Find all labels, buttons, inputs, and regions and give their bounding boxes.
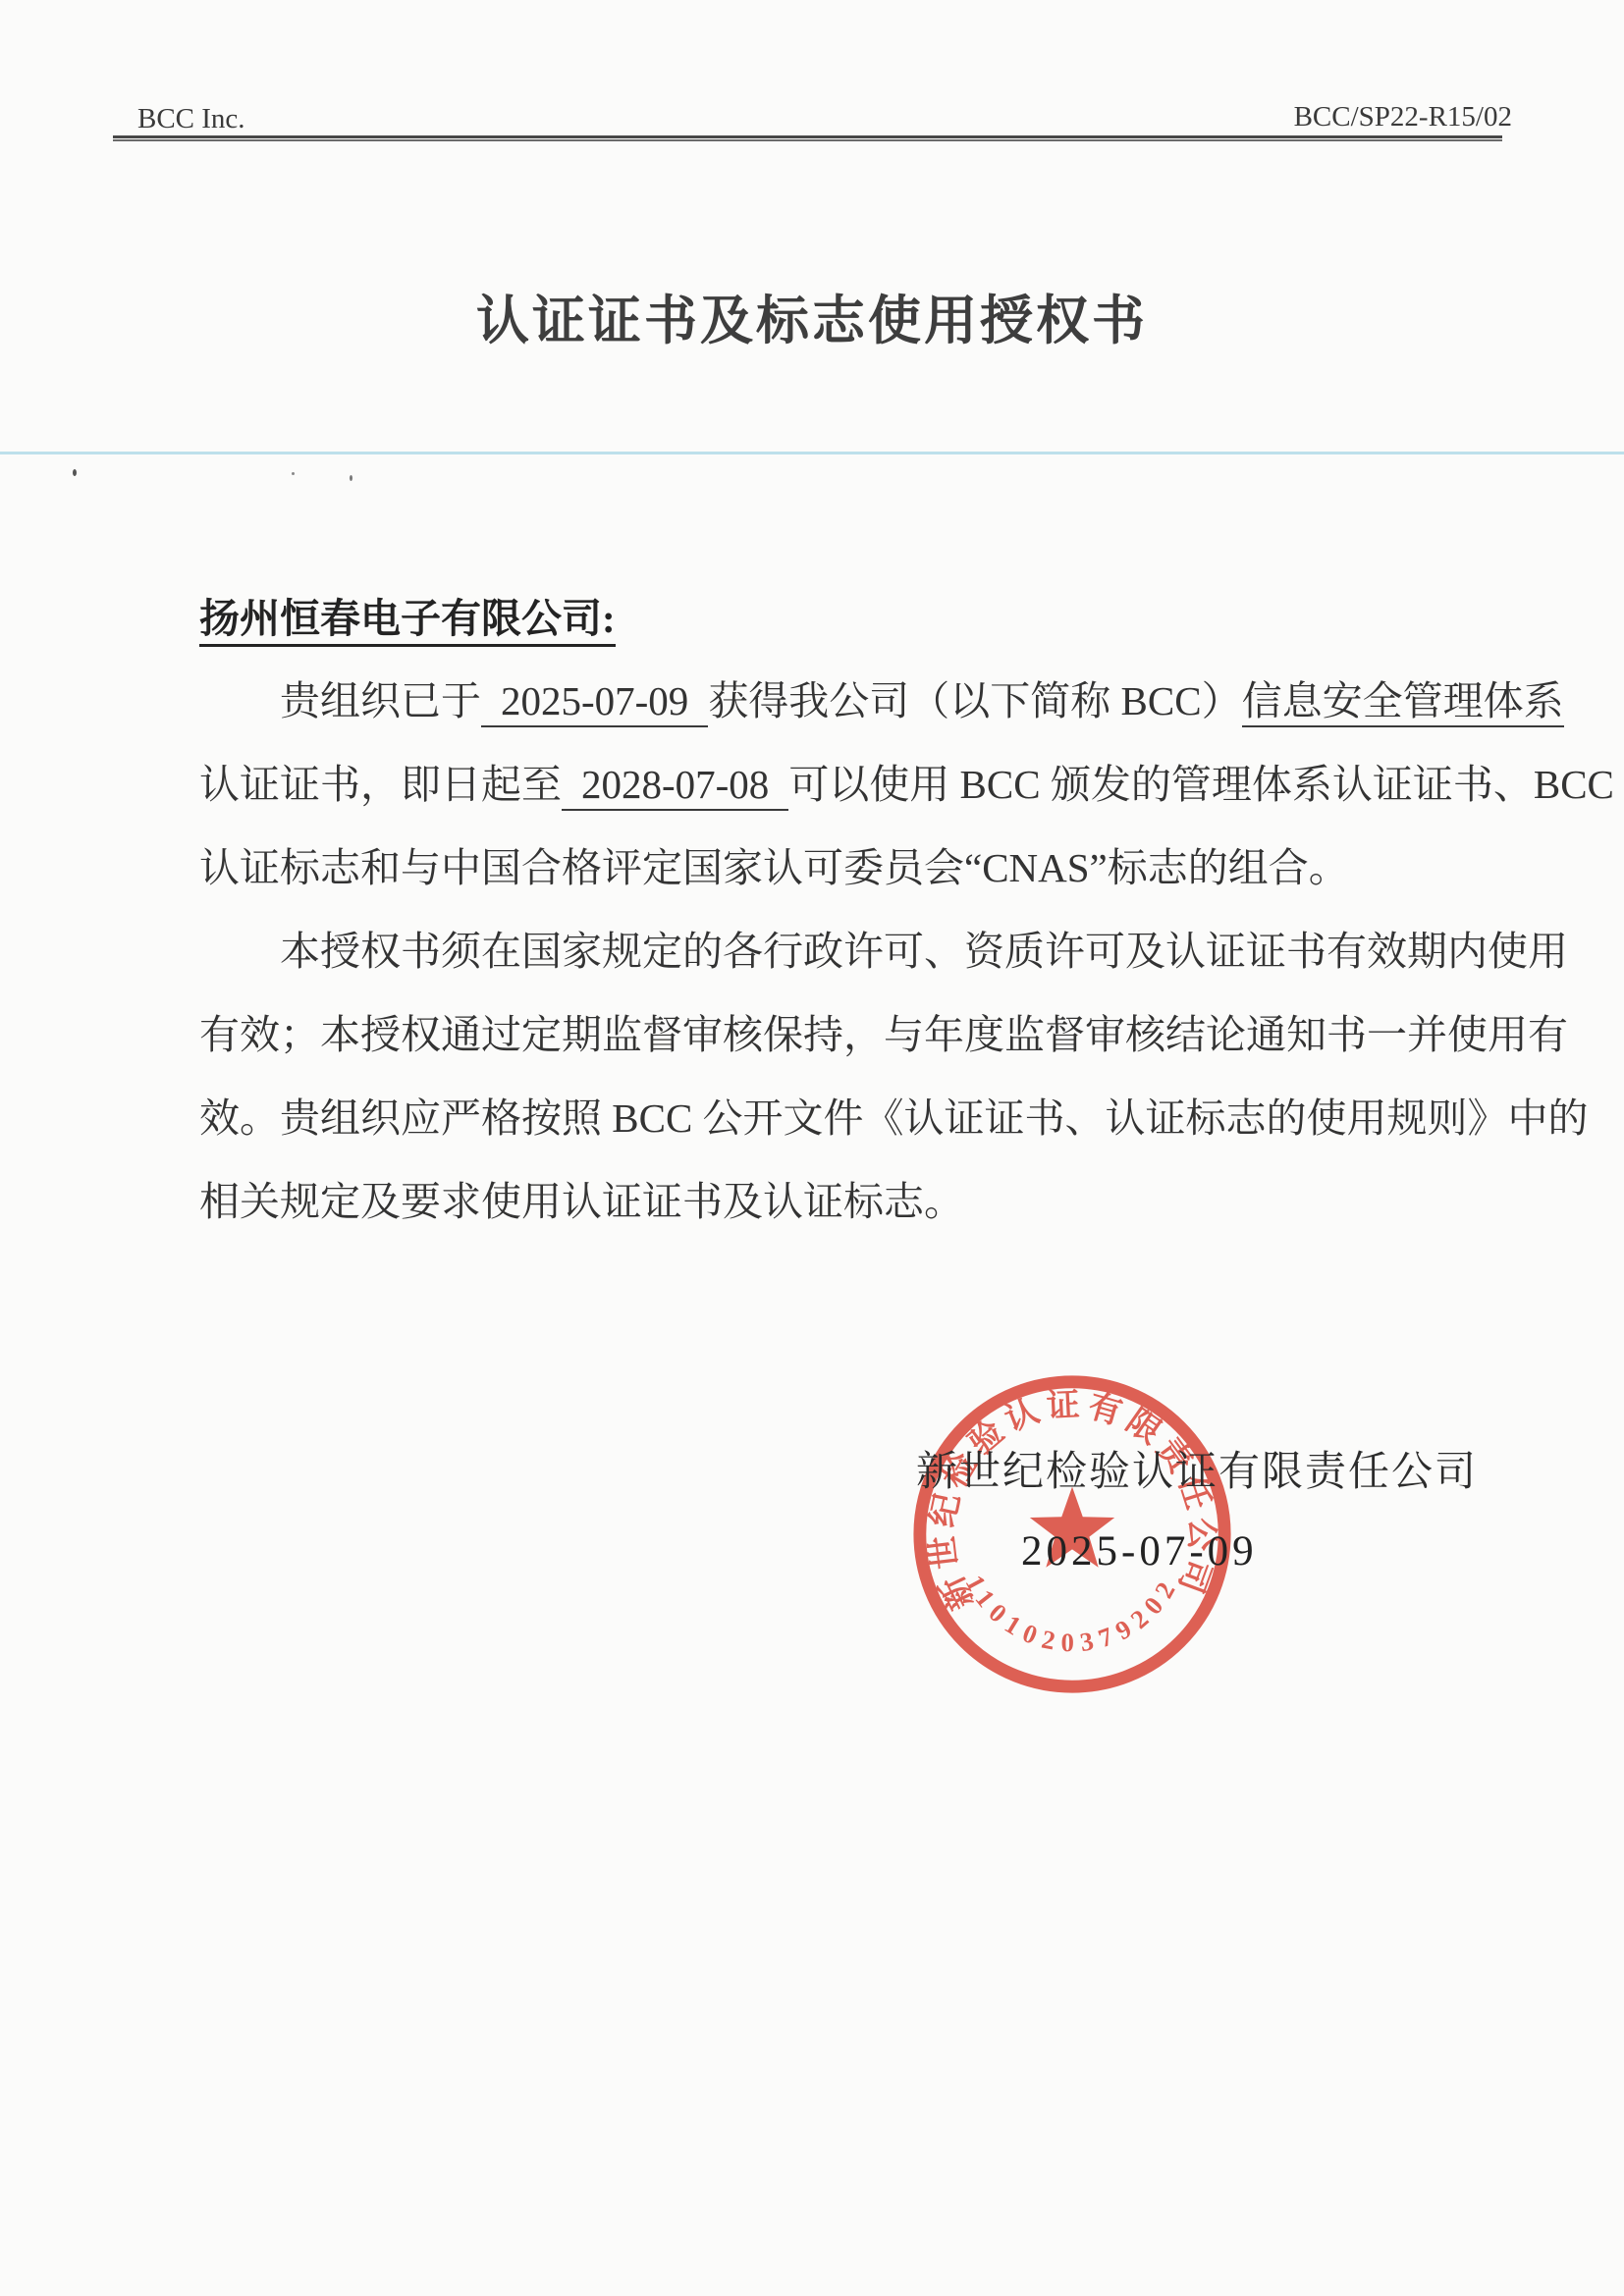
scan-speck — [73, 469, 77, 476]
body-segment: 贵组织已于 — [280, 678, 481, 723]
body-segment: 认证证书，即日起至 — [199, 762, 562, 807]
header-company-text: BCC Inc. — [137, 103, 245, 135]
body-segment: 获得我公司（以下简称 BCC） — [708, 678, 1241, 723]
body-segment: 可以使用 BCC 颁发的管理体系认证证书、BCC — [788, 762, 1614, 807]
recipient-line: 扬州恒春电子有限公司: — [199, 586, 616, 644]
signature-date: 2025-07-09 — [1021, 1527, 1258, 1575]
body-line: 相关规定及要求使用认证证书及认证标志。 — [199, 1160, 1476, 1244]
header-doc-code: BCC/SP22-R15/02 — [1294, 101, 1512, 133]
scan-speck — [292, 472, 295, 475]
scan-speck — [350, 475, 352, 481]
signature-company-name: 新世纪检验认证有限责任公司 — [916, 1439, 1478, 1498]
body-line: 有效；本授权通过定期监督审核保持，与年度监督审核结论通知书一并使用有 — [199, 993, 1476, 1077]
seal-serial-holder: 1101020379202 — [960, 1571, 1185, 1658]
expiry-date-underlined: 2028-07-08 — [562, 762, 788, 811]
issue-date-underlined: 2025-07-09 — [481, 678, 708, 727]
body-line: 本授权书须在国家规定的各行政许可、资质许可及认证证书有效期内使用 — [199, 910, 1476, 993]
scan-artifact-line — [0, 452, 1624, 454]
seal-serial-number: 1101020379202 — [960, 1571, 1185, 1658]
scheme-name-underlined: 信息安全管理体系 — [1242, 678, 1564, 727]
body-text: 贵组织已于2025-07-09获得我公司（以下简称 BCC）信息安全管理体系 认… — [199, 660, 1476, 1244]
body-line: 贵组织已于2025-07-09获得我公司（以下简称 BCC）信息安全管理体系 — [199, 660, 1476, 743]
page-title: 认证证书及标志使用授权书 — [0, 279, 1624, 354]
body-line: 认证证书，即日起至2028-07-08可以使用 BCC 颁发的管理体系认证证书、… — [199, 743, 1476, 827]
document-page: BCC Inc. BCC/SP22-R15/02 认证证书及标志使用授权书 扬州… — [0, 0, 1624, 2296]
header-divider — [113, 135, 1502, 141]
body-line: 效。贵组织应严格按照 BCC 公开文件《认证证书、认证标志的使用规则》中的 — [199, 1077, 1476, 1160]
recipient-company-name: 扬州恒春电子有限公司: — [199, 596, 616, 647]
body-line: 认证标志和与中国合格评定国家认可委员会“CNAS”标志的组合。 — [199, 827, 1476, 910]
